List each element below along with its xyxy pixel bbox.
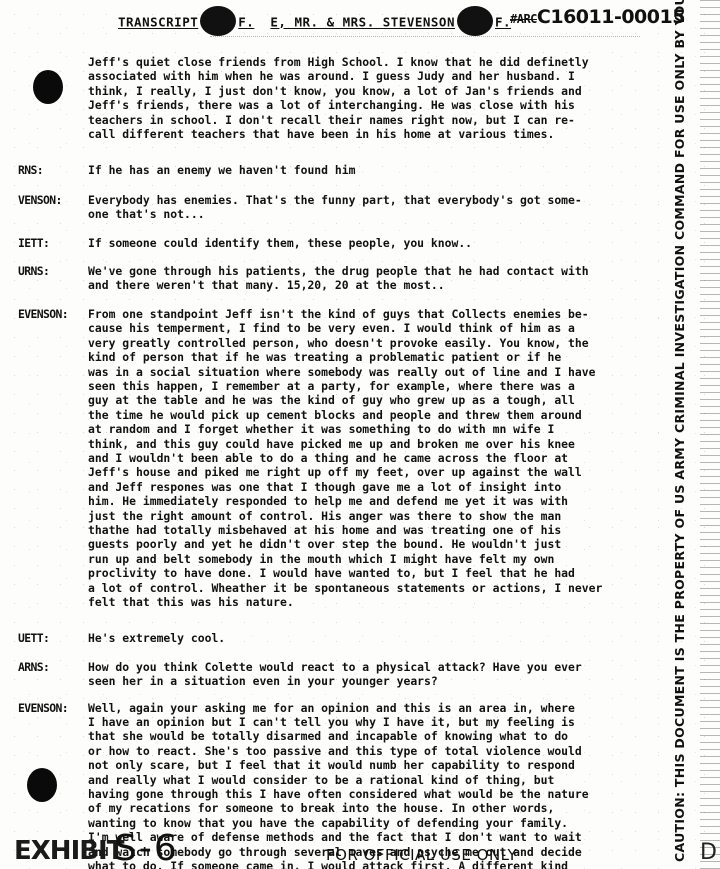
transcript-line: of my recations for someone to break int… <box>88 801 660 815</box>
transcript-line: If someone could identify them, these pe… <box>88 236 660 250</box>
transcript-line: I have an opinion but I can't tell you w… <box>88 715 660 729</box>
transcript-line: cause his temperment, I find to be very … <box>88 321 660 335</box>
transcript-line: and Jeff respones was one that I though … <box>88 480 660 494</box>
speaker-label: RNS: <box>0 163 88 177</box>
exhibit-stamp: EXHIBIT <box>14 836 123 866</box>
speaker-label: URNS: <box>0 264 88 293</box>
transcript-line: very greatly controlled person, who does… <box>88 336 660 350</box>
transcript-line: proclivity to have done. I would have wa… <box>88 566 660 580</box>
transcript-entry: UETT:He's extremely cool. <box>0 631 660 645</box>
transcript-entry: VENSON:Everybody has enemies. That's the… <box>0 193 660 222</box>
transcript-line: thathe had totally misbehaved at his hom… <box>88 523 660 537</box>
transcript-line: guy at the table and he was the kind of … <box>88 393 660 407</box>
transcript-line: Jeff's friends, there was a lot of inter… <box>88 98 660 112</box>
speaker-label: EVENSON: <box>0 307 88 610</box>
transcript-line: and there weren't that many. 15,20, 20 a… <box>88 278 660 292</box>
document-id: #ARCC16011-00015 <box>510 6 685 28</box>
transcript-line: that she would be totally disarmed and i… <box>88 729 660 743</box>
header-title-of-2: F. <box>495 15 511 30</box>
document-page: TRANSCRIPTF. E, MR. & MRS. STEVENSONF. #… <box>0 0 720 869</box>
corner-mark: D <box>700 840 717 865</box>
transcript-line: teachers in school. I don't recall their… <box>88 113 660 127</box>
transcript-entry: URNS:We've gone through his patients, th… <box>0 264 660 293</box>
punch-hole-icon <box>457 6 493 36</box>
transcript-body: Jeff's quiet close friends from High Sch… <box>0 55 660 869</box>
transcript-line: associated with him when he was around. … <box>88 69 660 83</box>
transcript-line: If he has an enemy we haven't found him <box>88 163 660 177</box>
transcript-line: Everybody has enemies. That's the funny … <box>88 193 660 207</box>
transcript-line: Jeff's quiet close friends from High Sch… <box>88 55 660 69</box>
speaker-label: ARNS: <box>0 660 88 689</box>
transcript-line: guests poorly and yet he didn't over ste… <box>88 537 660 551</box>
transcript-line: call different teachers that have been i… <box>88 127 660 141</box>
transcript-line: think, and this guy could have picked me… <box>88 437 660 451</box>
transcript-entry: IETT:If someone could identify them, the… <box>0 236 660 250</box>
transcript-line: Jeff's house and piked me right up off m… <box>88 465 660 479</box>
transcript-line: and I wouldn't been able to do a thing a… <box>88 451 660 465</box>
transcript-entry: RNS:If he has an enemy we haven't found … <box>0 163 660 177</box>
document-number: C16011-00015 <box>537 6 685 28</box>
transcript-entry: EVENSON:From one standpoint Jeff isn't t… <box>0 307 660 610</box>
transcript-entry: ARNS:How do you think Colette would reac… <box>0 660 660 689</box>
transcript-line: a lot of control. Wheather it be spontan… <box>88 581 660 595</box>
transcript-line: kind of person that if he was treating a… <box>88 350 660 364</box>
transcript-line: From one standpoint Jeff isn't the kind … <box>88 307 660 321</box>
transcript-line: one that's not... <box>88 207 660 221</box>
speaker-label: VENSON: <box>0 193 88 222</box>
transcript-line: just the right amount of control. His an… <box>88 509 660 523</box>
classification-marking: FOR OFFICIAL USE ONLY <box>326 846 517 864</box>
transcript-line: He's extremely cool. <box>88 631 660 645</box>
header-title-names: E, MR. & MRS. STEVENSON <box>270 15 455 30</box>
transcript-line: him. He immediately responded to help me… <box>88 494 660 508</box>
caution-stamp: CAUTION: THIS DOCUMENT IS THE PROPERTY O… <box>672 0 687 862</box>
struck-prefix: #ARC <box>510 12 537 26</box>
transcript-line: seen this happen, I remember at a party,… <box>88 379 660 393</box>
header-title-transcript: TRANSCRIPT <box>118 15 198 30</box>
transcript-line: and really what I would consider to be a… <box>88 773 660 787</box>
transcript-line: was in a social situation where somebody… <box>88 365 660 379</box>
transcript-line: at random and I forget whether it was so… <box>88 422 660 436</box>
transcript-line: the time he would pick up cement blocks … <box>88 408 660 422</box>
header-title-of: F. <box>238 15 254 30</box>
transcript-line: Well, again your asking me for an opinio… <box>88 701 660 715</box>
punch-hole-icon <box>200 6 236 36</box>
transcript-line: not only scare, but I feel that it would… <box>88 758 660 772</box>
exhibit-number: S-6 <box>114 828 179 869</box>
header-rule <box>210 36 640 39</box>
transcript-line: run up and belt somebody in the mouth wh… <box>88 552 660 566</box>
transcript-line: How do you think Colette would react to … <box>88 660 660 674</box>
transcript-line: think, I really, I just don't know, you … <box>88 84 660 98</box>
transcript-line: felt that this was his nature. <box>88 595 660 609</box>
transcript-line: or how to react. She's too passive and t… <box>88 744 660 758</box>
transcript-line: seen her in a situation even in your you… <box>88 674 660 688</box>
speaker-label-empty <box>0 55 88 141</box>
transcript-line: We've gone through his patients, the dru… <box>88 264 660 278</box>
speaker-label: IETT: <box>0 236 88 250</box>
intro-paragraph: Jeff's quiet close friends from High Sch… <box>0 55 660 141</box>
torn-edge <box>700 0 720 869</box>
speaker-label: UETT: <box>0 631 88 645</box>
transcript-line: having gone through this I have often co… <box>88 787 660 801</box>
